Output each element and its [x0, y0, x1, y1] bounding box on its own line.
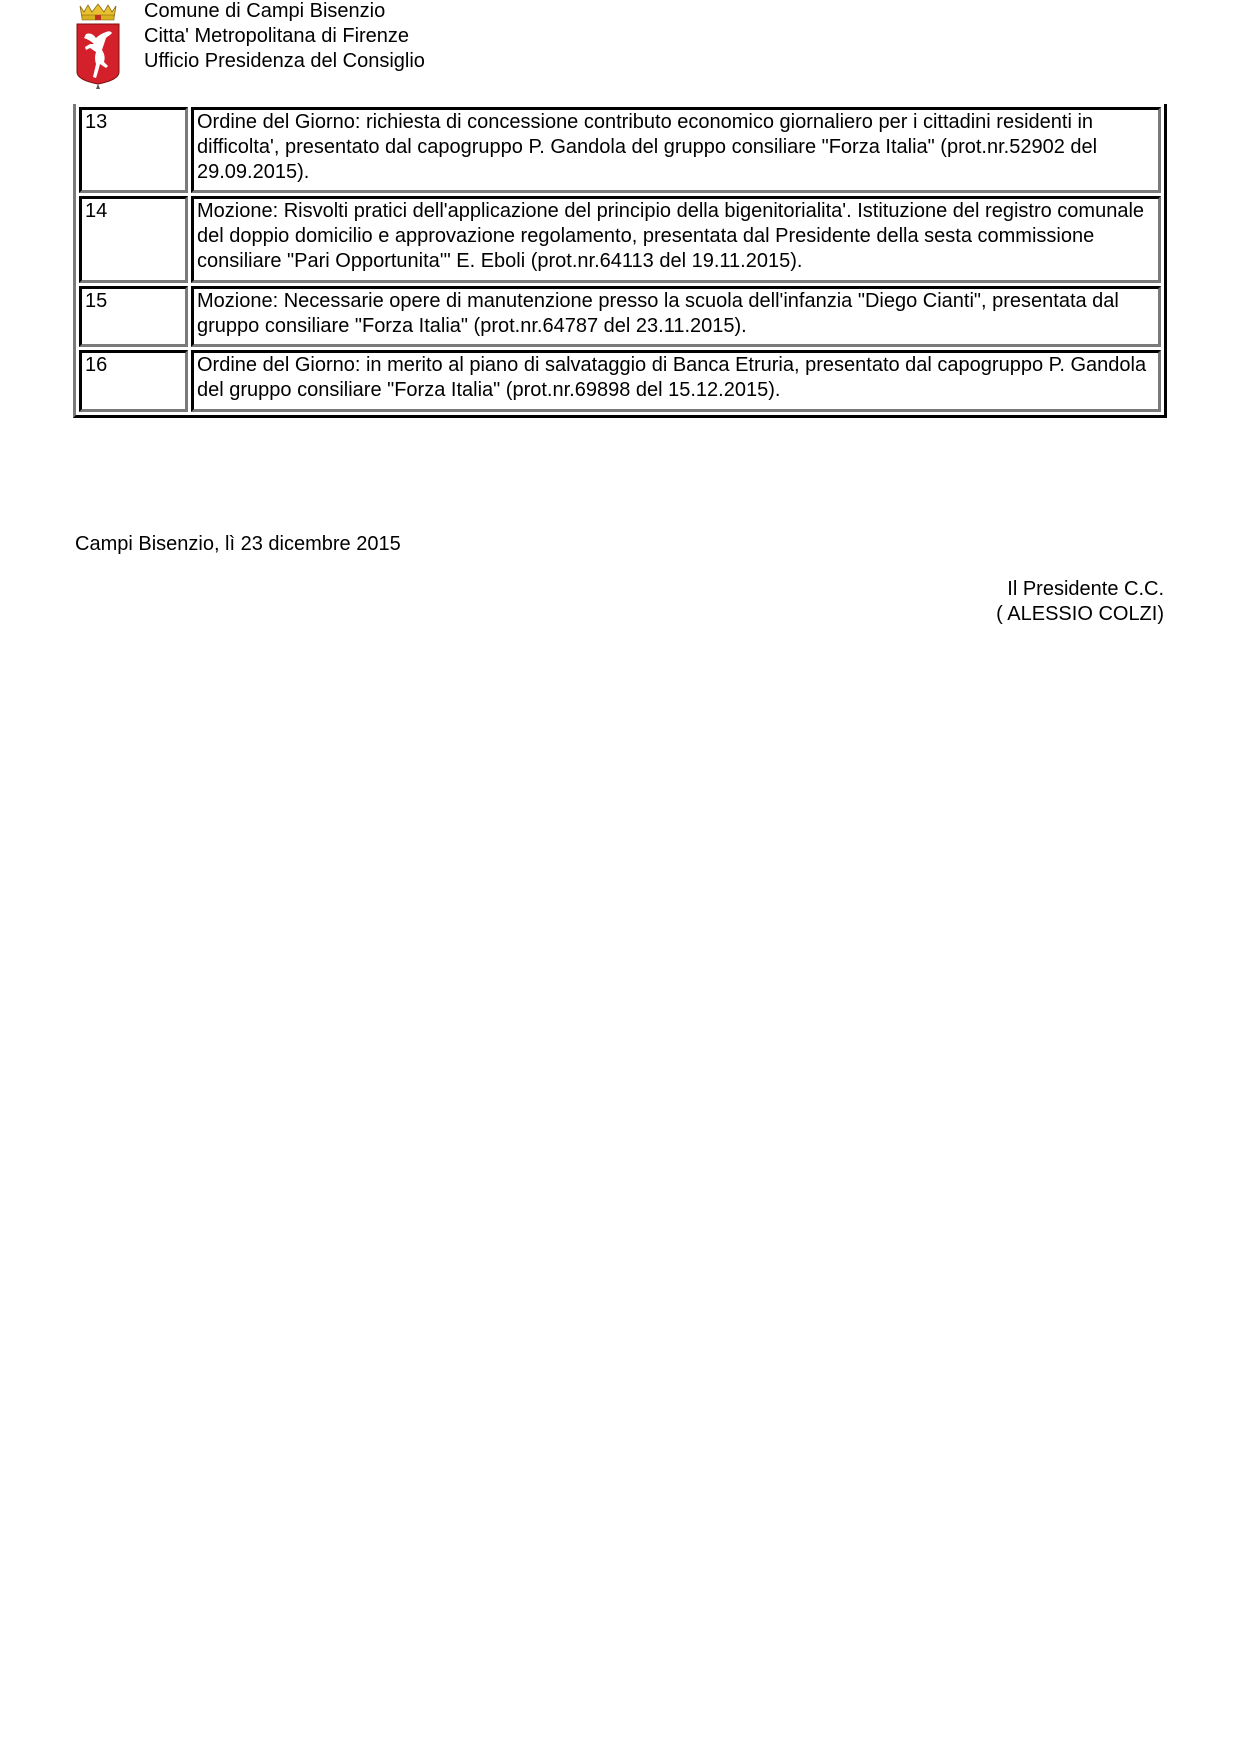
table-row: 15 Mozione: Necessarie opere di manutenz…	[79, 286, 1161, 347]
office-name: Ufficio Presidenza del Consiglio	[144, 49, 425, 74]
signature-block: Il Presidente C.C. ( ALESSIO COLZI)	[996, 577, 1164, 627]
item-number: 16	[79, 350, 188, 412]
letterhead: Comune di Campi Bisenzio Citta' Metropol…	[72, 0, 672, 92]
item-description: Ordine del Giorno: richiesta di concessi…	[191, 107, 1161, 193]
metropolitan-city: Citta' Metropolitana di Firenze	[144, 24, 425, 49]
item-description: Ordine del Giorno: in merito al piano di…	[191, 350, 1161, 412]
item-number: 15	[79, 286, 188, 347]
item-number: 13	[79, 107, 188, 193]
item-number: 14	[79, 196, 188, 283]
table-row: 14 Mozione: Risvolti pratici dell'applic…	[79, 196, 1161, 283]
municipality-name: Comune di Campi Bisenzio	[144, 0, 425, 24]
agenda-table: 13 Ordine del Giorno: richiesta di conce…	[73, 104, 1167, 418]
signature-title: Il Presidente C.C.	[996, 577, 1164, 602]
item-description: Mozione: Necessarie opere di manutenzion…	[191, 286, 1161, 347]
letterhead-text: Comune di Campi Bisenzio Citta' Metropol…	[144, 0, 425, 74]
table-row: 13 Ordine del Giorno: richiesta di conce…	[79, 107, 1161, 193]
coat-of-arms-icon	[72, 2, 124, 90]
table-row: 16 Ordine del Giorno: in merito al piano…	[79, 350, 1161, 412]
place-and-date: Campi Bisenzio, lì 23 dicembre 2015	[75, 532, 401, 557]
item-description: Mozione: Risvolti pratici dell'applicazi…	[191, 196, 1161, 283]
signature-name: ( ALESSIO COLZI)	[996, 602, 1164, 627]
